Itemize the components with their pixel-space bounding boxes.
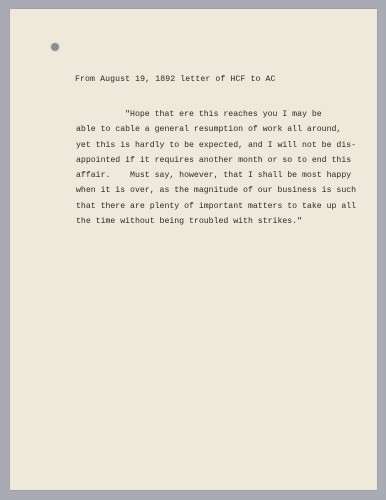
text-line: the time without being troubled with str…	[76, 214, 366, 229]
punch-hole-icon	[51, 43, 59, 51]
text-line: appointed if it requires another month o…	[76, 153, 366, 168]
text-line: when it is over, as the magnitude of our…	[76, 183, 366, 198]
text-line: that there are plenty of important matte…	[76, 199, 366, 214]
typed-page: From August 19, 1892 letter of HCF to AC…	[10, 9, 377, 490]
text-line: affair. Must say, however, that I shall …	[76, 168, 366, 183]
text-line: able to cable a general resumption of wo…	[76, 122, 366, 137]
document-heading: From August 19, 1892 letter of HCF to AC	[75, 75, 276, 84]
text-line: yet this is hardly to be expected, and I…	[76, 138, 366, 153]
text-line: "Hope that ere this reaches you I may be	[76, 107, 366, 122]
quoted-letter-text: "Hope that ere this reaches you I may be…	[76, 107, 366, 229]
